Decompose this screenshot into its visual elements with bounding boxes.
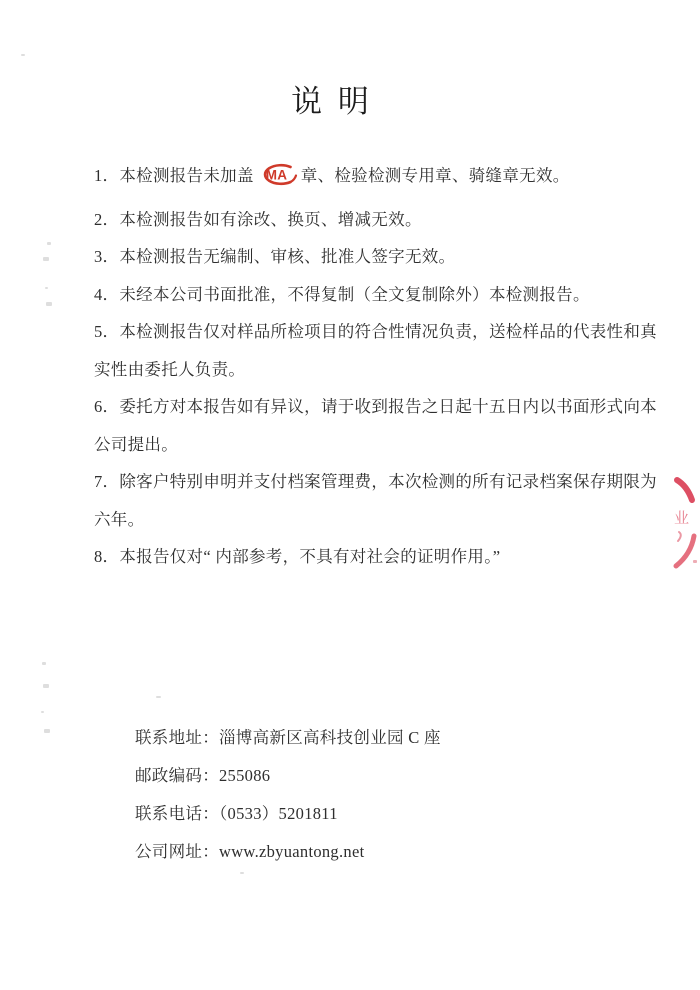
- scan-speck: [44, 729, 50, 733]
- cma-stamp-label: MA: [265, 168, 287, 183]
- contact-line-address: 联系地址：淄博高新区高科技创业园 C 座: [135, 719, 441, 757]
- scan-speck: [21, 54, 25, 56]
- note-item-7-line-2: 六年。: [94, 501, 664, 539]
- scan-speck: [42, 662, 46, 665]
- scan-speck: [47, 242, 51, 245]
- note-item-7-line-1: 7．除客户特别申明并支付档案管理费，本次检测的所有记录档案保存期限为: [94, 463, 664, 501]
- note-item-1: 1．本检测报告未加盖MA章、检验检测专用章、骑缝章无效。: [94, 157, 664, 201]
- note-item-5-line-1: 5．本检测报告仅对样品所检项目的符合性情况负责，送检样品的代表性和真: [94, 313, 664, 351]
- scan-speck: [43, 684, 49, 688]
- note-item-4: 4．未经本公司书面批准，不得复制（全文复制除外）本检测报告。: [94, 276, 664, 314]
- scan-speck: [240, 872, 244, 874]
- seal-fragment-char: 业: [674, 510, 689, 527]
- scan-speck: [43, 257, 49, 261]
- contact-line-website: 公司网址：www.zbyuantong.net: [135, 833, 441, 871]
- scan-speck: [156, 696, 161, 698]
- note-item-3: 3．本检测报告无编制、审核、批准人签字无效。: [94, 238, 664, 276]
- contact-line-phone: 联系电话：（0533）5201811: [135, 795, 441, 833]
- scan-speck: [693, 560, 697, 563]
- note-item-5-line-2: 实性由委托人负责。: [94, 351, 664, 389]
- contact-line-postcode: 邮政编码：255086: [135, 757, 441, 795]
- notes-list: 1．本检测报告未加盖MA章、检验检测专用章、骑缝章无效。 2．本检测报告如有涂改…: [94, 157, 664, 576]
- scan-speck: [46, 302, 52, 306]
- note-item-6-line-2: 公司提出。: [94, 426, 664, 464]
- cma-stamp-icon: MA: [258, 162, 298, 201]
- scanned-report-page: 说 明 1．本检测报告未加盖MA章、检验检测专用章、骑缝章无效。 2．本检测报告…: [0, 0, 700, 990]
- note-item-1-suffix: 章、检验检测专用章、骑缝章无效。: [301, 166, 570, 185]
- note-item-8: 8．本报告仅对“ 内部参考，不具有对社会的证明作用。”: [94, 538, 664, 576]
- contact-block: 联系地址：淄博高新区高科技创业园 C 座 邮政编码：255086 联系电话：（0…: [135, 719, 441, 871]
- scan-speck: [45, 287, 48, 289]
- scan-speck: [41, 711, 44, 713]
- page-title: 说 明: [0, 76, 664, 121]
- note-item-6-line-1: 6．委托方对本报告如有异议，请于收到报告之日起十五日内以书面形式向本: [94, 388, 664, 426]
- note-item-2: 2．本检测报告如有涂改、换页、增减无效。: [94, 201, 664, 239]
- note-item-1-prefix: 1．本检测报告未加盖: [94, 166, 254, 185]
